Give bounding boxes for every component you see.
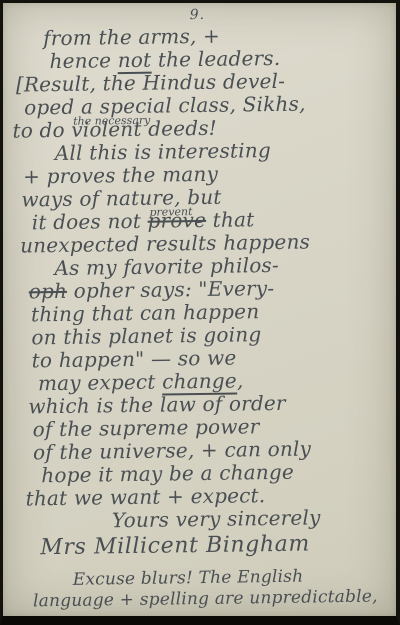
struck-word: oph	[29, 279, 68, 304]
inserted-text: prevent	[149, 206, 192, 218]
postscript-line: language + spelling are unpredictable,	[33, 586, 394, 612]
insertion-point: the necessaryviolent deeds!	[71, 117, 217, 142]
letter-scan-photo: 9. from the arms, + hence not the leader…	[0, 0, 400, 625]
letter-paper: 9. from the arms, + hence not the leader…	[9, 4, 394, 612]
insertion-point: preventprove	[147, 209, 206, 233]
inserted-text: the necessary	[73, 115, 150, 127]
signature: Mrs Millicent Bingham	[40, 528, 393, 563]
